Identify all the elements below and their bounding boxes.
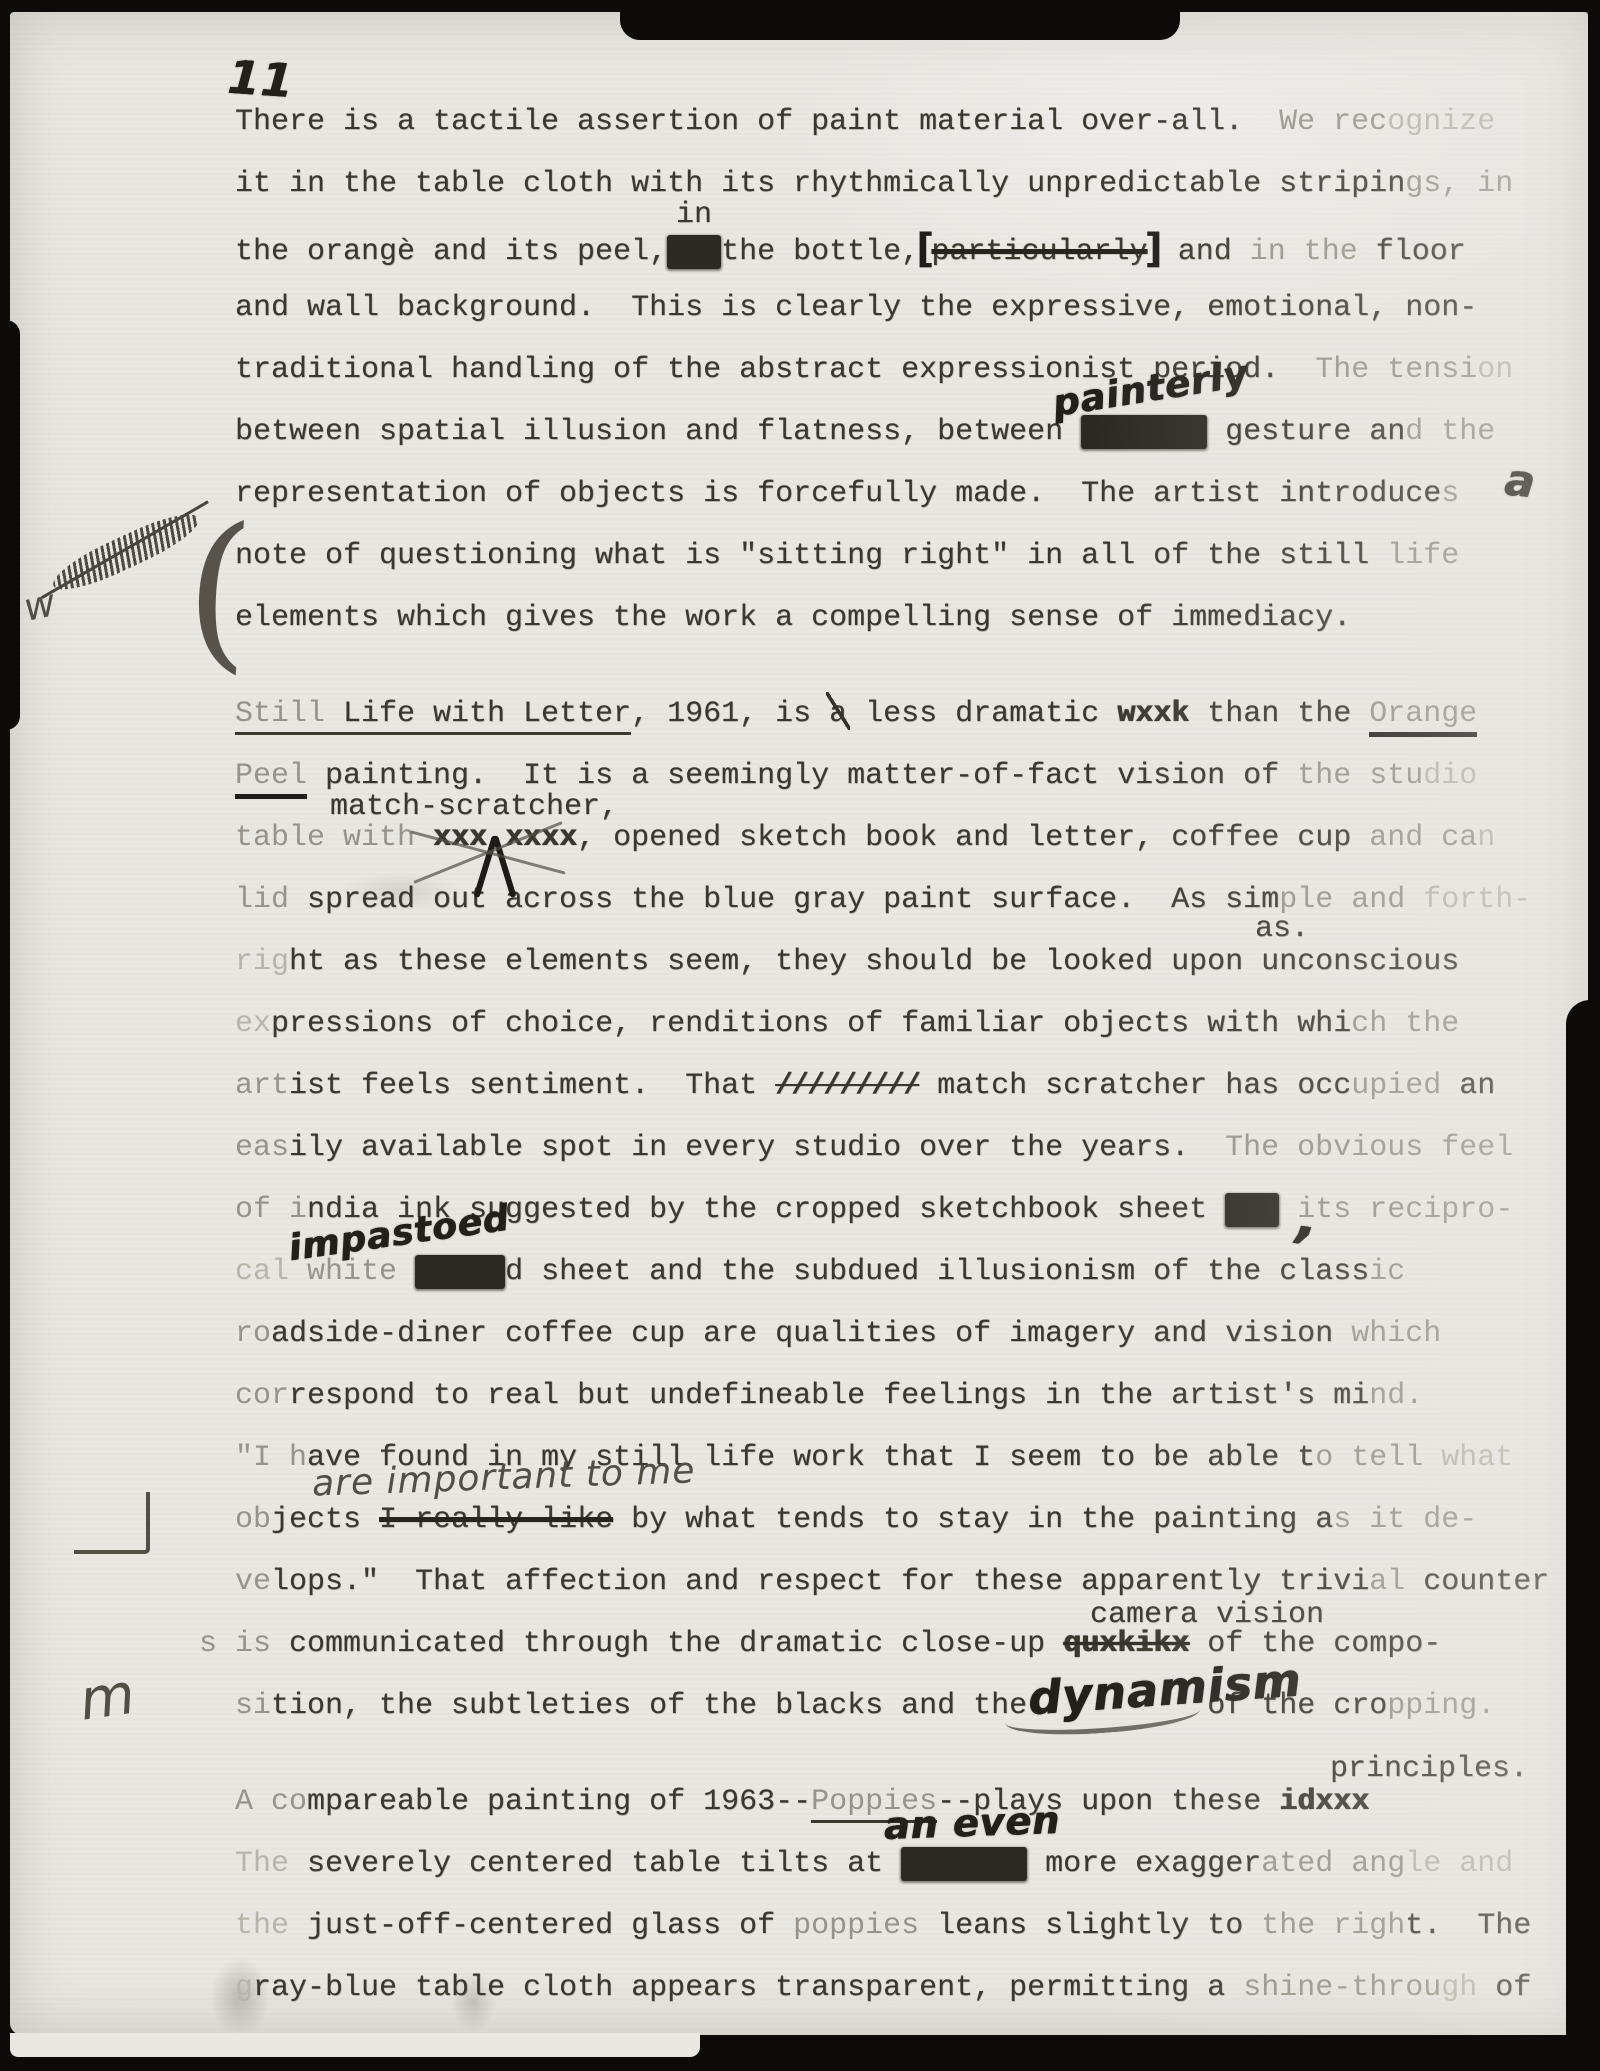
typed-segment: respond to real but undefineable feeling… [289, 1379, 1369, 1413]
paper-bottom-edge [10, 2033, 700, 2057]
typed-segment: match-scratcher, [330, 790, 618, 824]
typed-line: Still Life with Letter, 1961, is a less … [235, 697, 1477, 731]
typed-line: velops." That affection and respect for … [235, 1565, 1549, 1599]
typed-segment: it in the table cloth with its rhythmica… [235, 167, 1405, 201]
typed-segment: the [235, 1909, 289, 1943]
typed-segment: the bottle, [721, 235, 919, 269]
typed-segment: cor [235, 1379, 289, 1413]
typed-segment: on [1477, 353, 1513, 387]
typed-line: table with xxx xxxx, opened sketch book … [235, 821, 1495, 855]
typed-segment: ro [235, 1317, 271, 1351]
typed-line: s is communicated through the dramatic c… [199, 1627, 1441, 1661]
typed-segment: communicated through the dramatic close-… [271, 1627, 1063, 1661]
typed-line: "I have found in my still life work that… [235, 1441, 1513, 1475]
typed-segment: note of questioning what is "sitting rig… [235, 539, 1387, 573]
typed-segment: adside-diner coffee cup are qualities of… [271, 1317, 1351, 1351]
typed-line: of india ink suggested by the cropped sk… [235, 1193, 1513, 1227]
typed-segment: The tensi [1315, 353, 1477, 387]
typed-insertion-line: in [676, 198, 712, 232]
typed-segment: ic [1369, 1255, 1405, 1289]
typed-segment: A co [235, 1785, 307, 1819]
scanned-manuscript: There is a tactile assertion of paint ma… [0, 0, 1600, 2071]
typed-segment: art [235, 1069, 289, 1103]
typed-segment: in the [1250, 235, 1358, 269]
typed-segment: between spatial illusion and flatness, b… [235, 415, 1081, 449]
typed-segment: its recipro- [1297, 1193, 1513, 1227]
typed-segment: ray-blue table cloth appears transparent… [253, 1971, 1243, 2005]
typed-segment: an [1441, 1069, 1495, 1103]
typed-segment: ch the [1351, 1007, 1459, 1041]
typed-line: roadside-diner coffee cup are qualities … [235, 1317, 1441, 1351]
typed-segment: and ca [1369, 821, 1477, 855]
typed-segment [1045, 1689, 1207, 1723]
typed-line: lid spread out across the blue gray pain… [235, 883, 1531, 917]
typed-segment: more exagger [1027, 1847, 1261, 1881]
typed-segment: floor [1358, 235, 1466, 269]
scan-border-left [0, 320, 20, 730]
typed-segment: less dramatic [847, 697, 1117, 731]
typed-segment: lops." That affection and respect for th… [271, 1565, 1369, 1599]
typed-segment: d sheet and the subdued illusionism of t… [505, 1255, 1369, 1289]
typed-segment: ave found in my still life work that I s… [307, 1441, 1315, 1475]
typed-segment: traditional handling of the abstract exp… [235, 353, 1315, 387]
typed-segment: just-off-centered glass of [289, 1909, 793, 1943]
typed-segment: particularly [931, 235, 1147, 269]
typed-segment: leans slightly to [919, 1909, 1261, 1943]
typed-segment: paste [415, 1255, 505, 1289]
typed-segment: painting. It is a seemingly matter-of-fa… [307, 759, 1297, 793]
typed-segment: gesture an [1207, 415, 1405, 449]
typed-segment: s [1441, 477, 1459, 511]
typed-segment: ognize [1387, 105, 1495, 139]
typed-segment: wxxk [1117, 697, 1189, 731]
typed-segment: match scratcher has occ [919, 1069, 1351, 1103]
typed-segment: of the cro [1207, 1689, 1387, 1723]
typed-segment [1279, 1193, 1297, 1227]
typed-segment: n [1477, 821, 1495, 855]
typed-segment: The obvious feel [1225, 1131, 1513, 1165]
typed-segment: ated ang [1261, 1847, 1405, 1881]
typed-segment: in [676, 198, 712, 232]
typed-segment: nd. [1369, 1379, 1423, 1413]
manuscript-page: There is a tactile assertion of paint ma… [10, 12, 1588, 2035]
typed-segment: xxxx [505, 821, 577, 855]
scan-border-right [1566, 1000, 1600, 2071]
typed-segment: severely centered table tilts at [289, 1847, 901, 1881]
typed-segment: , 1961, is [631, 697, 829, 731]
typed-segment: than the [1189, 697, 1369, 731]
typed-segment: "I h [235, 1441, 307, 1475]
typed-line: gray-blue table cloth appears transparen… [235, 1971, 1531, 2005]
page-number: 11 [226, 54, 295, 104]
typed-segment: representation of objects is forcefully … [235, 477, 1441, 511]
typed-segment: --plays upon these [937, 1785, 1279, 1819]
typed-segment: There is a tactile assertion of paint ma… [235, 105, 1279, 139]
typed-segment: counter [1405, 1565, 1549, 1599]
typed-segment: eas [235, 1131, 289, 1165]
typed-line: and wall background. This is clearly the… [235, 291, 1477, 325]
typed-line: it in the table cloth with its rhythmica… [235, 167, 1513, 201]
scan-border-top [620, 0, 1180, 40]
typed-segment: ob [235, 1503, 271, 1537]
typed-segment: and [667, 235, 721, 269]
typed-segment: as. [1255, 912, 1309, 946]
typed-insertion-line: as. [1255, 912, 1309, 946]
typed-segment: a still [901, 1847, 1027, 1881]
typed-segment: ht as these elements seem, they should b… [289, 945, 1459, 979]
typed-segment: priming [1081, 415, 1207, 449]
typed-segment: xxx [433, 821, 487, 855]
typed-segment: t. The [1405, 1909, 1531, 1943]
typed-segment: principles. [1330, 1752, 1528, 1786]
typed-segment: lid [235, 883, 289, 917]
typed-segment: pressions of choice, renditions of famil… [271, 1007, 1351, 1041]
typed-segment: and wall background. This is clearly the… [235, 291, 1477, 325]
typed-segment: the righ [1261, 1909, 1405, 1943]
typed-line: elements which gives the work a compelli… [235, 601, 1351, 635]
typed-insertion-line: match-scratcher, [330, 790, 618, 824]
margin-scribble-word [47, 504, 206, 601]
typed-segment: tion, the subtleties of the blacks and t… [271, 1689, 1045, 1723]
typed-segment: forth- [1423, 883, 1531, 917]
typed-line: objects I really like by what tends to s… [235, 1503, 1477, 1537]
typed-line: correspond to real but undefineable feel… [235, 1379, 1423, 1413]
margin-squiggle: m [76, 1666, 139, 1729]
typed-insertion-line: principles. [1330, 1752, 1528, 1786]
typed-segment: jects [271, 1503, 379, 1537]
typed-line: note of questioning what is "sitting rig… [235, 539, 1459, 573]
typed-segment: elements which gives the work a compelli… [235, 601, 1351, 635]
typed-segment: Peel [235, 759, 307, 799]
typed-line: Peel painting. It is a seemingly matter-… [235, 759, 1477, 793]
typed-segment: d the [1405, 415, 1495, 449]
typed-segment: ex [235, 1007, 271, 1041]
typed-segment: a [829, 697, 847, 731]
typed-segment: cal [235, 1255, 307, 1289]
typed-segment: and [1225, 1193, 1279, 1227]
typed-segment: al [1369, 1565, 1405, 1599]
typed-line: traditional handling of the abstract exp… [235, 353, 1513, 387]
typed-segment [487, 821, 505, 855]
typed-segment: spread out across the blue gray paint su… [289, 883, 1279, 917]
typed-segment: quxkikx [1063, 1627, 1189, 1661]
typed-segment: white [307, 1255, 415, 1289]
typed-line: the just-off-centered glass of poppies l… [235, 1909, 1531, 1943]
typed-segment: life [1387, 539, 1459, 573]
typed-segment: le and [1405, 1847, 1513, 1881]
typed-segment: of the compo- [1189, 1627, 1441, 1661]
typed-segment: mpareable painting of 1963-- [307, 1785, 811, 1819]
typed-segment: s is [199, 1627, 271, 1661]
typed-segment: ndia ink suggested by the cropped sketch… [307, 1193, 1225, 1227]
typed-segment: and [1160, 235, 1250, 269]
typed-segment: , opened sketch book and letter, coffee … [577, 821, 1369, 855]
typed-segment: ///////// [775, 1069, 919, 1103]
typed-line: the orangè and its peel,andthe bottle,[p… [235, 229, 1466, 269]
typed-segment: by what tends to stay in the painting a [613, 1503, 1333, 1537]
typed-line: sition, the subtleties of the blacks and… [235, 1689, 1495, 1723]
typed-segment: the stu [1297, 759, 1423, 793]
typed-segment: Life with Letter [325, 697, 631, 735]
margin-corner-mark [74, 1492, 150, 1554]
typed-segment: dio [1423, 759, 1477, 793]
typed-segment: which [1351, 1317, 1441, 1351]
typed-line: artist feels sentiment. That ///////// m… [235, 1069, 1495, 1103]
typed-segment: shine-throu [1243, 1971, 1441, 2005]
typed-line: There is a tactile assertion of paint ma… [235, 105, 1495, 139]
margin-scribble-tail: w [20, 583, 59, 627]
typed-segment: g [235, 1971, 253, 2005]
typed-segment: table with [235, 821, 433, 855]
typed-segment: Orange [1369, 697, 1477, 737]
typed-segment: ve [235, 1565, 271, 1599]
typed-segment: o tell [1315, 1441, 1441, 1475]
typed-line: right as these elements seem, they shoul… [235, 945, 1459, 979]
typed-segment: pping. [1387, 1689, 1495, 1723]
typed-segment: gs, in [1405, 167, 1513, 201]
typed-segment: ] [1144, 226, 1162, 272]
typed-segment: si [235, 1689, 271, 1723]
typed-line: expressions of choice, renditions of fam… [235, 1007, 1459, 1041]
handwritten-a: a [1503, 459, 1538, 506]
typed-line: cal white pasted sheet and the subdued i… [235, 1255, 1405, 1289]
typed-segment: gh [1441, 1971, 1477, 2005]
typed-segment: poppies [793, 1909, 919, 1943]
typed-segment: ily available spot in every studio over … [289, 1131, 1225, 1165]
typed-segment: idxxx [1279, 1785, 1369, 1819]
typed-line: A compareable painting of 1963--Poppies-… [235, 1785, 1369, 1819]
typed-line: easily available spot in every studio ov… [235, 1131, 1513, 1165]
typed-segment: rig [235, 945, 289, 979]
typed-segment: of i [235, 1193, 307, 1227]
typed-segment: upied [1351, 1069, 1441, 1103]
typed-segment: [ [916, 226, 934, 272]
typed-segment: I really like [379, 1503, 613, 1537]
typed-segment: the orangè and its peel, [235, 235, 667, 269]
margin-paren: ( [182, 503, 257, 676]
typed-line: The severely centered table tilts at a s… [235, 1847, 1513, 1881]
typed-line: between spatial illusion and flatness, b… [235, 415, 1495, 449]
typed-segment: s it de- [1333, 1503, 1477, 1537]
typed-segment: The [235, 1847, 289, 1881]
typed-line: representation of objects is forcefully … [235, 477, 1459, 511]
typed-segment: Poppies [811, 1785, 937, 1823]
typed-segment: of [1477, 1971, 1531, 2005]
typed-segment: ist feels sentiment. That [289, 1069, 775, 1103]
typed-segment: Still [235, 697, 325, 735]
typed-segment: We rec [1279, 105, 1387, 139]
typed-segment: what [1441, 1441, 1513, 1475]
